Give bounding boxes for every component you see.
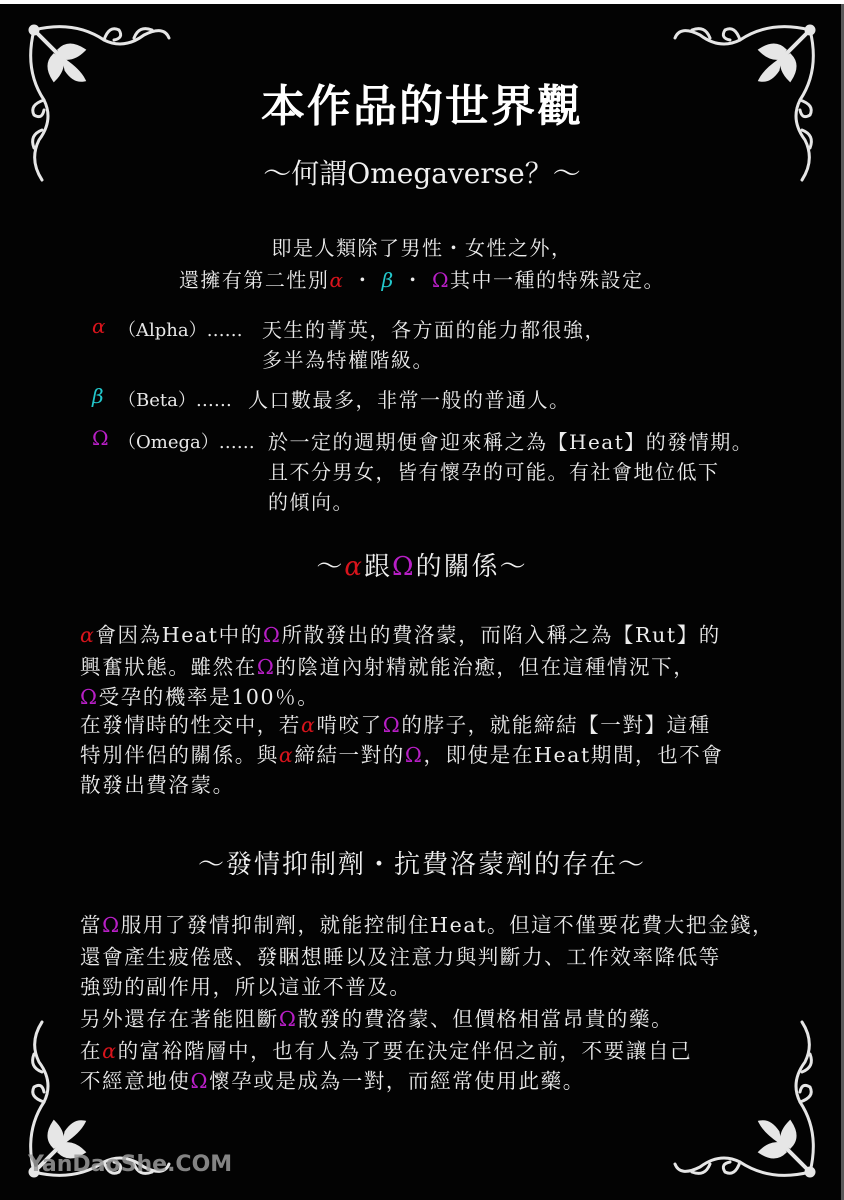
definition-text: 天生的菁英，各方面的能力都很強，: [262, 314, 606, 343]
omega-symbol: Ω: [257, 655, 276, 679]
alpha-symbol: α: [80, 623, 95, 647]
omega-symbol: Ω: [405, 743, 424, 767]
paragraph-line: α會因為Heat中的Ω所散發出的費洛蒙，而陷入稱之為【Rut】的: [80, 618, 721, 648]
text: 締結一對的: [294, 743, 405, 767]
alpha-symbol: α: [102, 1039, 117, 1063]
omega-symbol: Ω: [191, 1069, 210, 1093]
page-title: 本作品的世界觀: [0, 70, 844, 134]
text: 還會產生疲倦感、發睏想睡以及注意力與判斷力、工作效率降低等: [80, 945, 721, 969]
paragraph-line: 不經意地使Ω懷孕或是成為一對，而經常使用此藥。: [80, 1064, 585, 1094]
paragraph-line: 另外還存在著能阻斷Ω散發的費洛蒙、但價格相當昂貴的藥。: [80, 1002, 673, 1032]
text: 的富裕階層中，也有人為了要在決定伴侶之前，不要讓自己: [118, 1039, 693, 1063]
intro-line-1: 即是人類除了男性・女性之外，: [0, 232, 844, 261]
definition-text: 多半為特權階級。: [262, 344, 434, 373]
beta-symbol: β: [92, 384, 104, 408]
paragraph-line: 強勁的副作用，所以這並不普及。: [80, 970, 412, 1000]
alpha-symbol: α: [279, 743, 294, 767]
text: 在發情時的性交中，若: [80, 713, 301, 737]
text: 懷孕或是成為一對，而經常使用此藥。: [209, 1069, 585, 1093]
omega-symbol: Ω: [102, 913, 121, 937]
definition-name: （Beta）……: [118, 386, 232, 412]
definition-name: （Alpha）……: [118, 316, 243, 342]
text: 的陰道內射精就能治癒，但在這種情況下，: [275, 655, 695, 679]
corner-ornament-bottom-right-icon: [670, 1012, 830, 1192]
text: 強勁的副作用，所以這並不普及。: [80, 975, 412, 999]
intro-line-2-post: 其中一種的特殊設定。: [450, 268, 665, 292]
definition-text: 且不分男女，皆有懷孕的可能。有社會地位低下: [268, 456, 720, 485]
text: 散發出費洛蒙。: [80, 773, 235, 797]
paragraph-line: 散發出費洛蒙。: [80, 768, 235, 798]
heading-tilde: ～: [316, 552, 344, 582]
intro-line-2: 還擁有第二性別α ・ β ・ Ω其中一種的特殊設定。: [0, 264, 844, 293]
text: ，即使是在Heat期間，也不會: [423, 743, 723, 767]
text: 啃咬了: [316, 713, 382, 737]
text: 當: [80, 913, 102, 937]
alpha-symbol: α: [92, 314, 106, 338]
page-subtitle: ～何謂Omegaverse？～: [0, 152, 844, 192]
heading-text: 的關係～: [416, 552, 528, 582]
text: 在: [80, 1039, 102, 1063]
paragraph-line: 當Ω服用了發情抑制劑，就能控制住Heat。但這不僅要花費大把金錢，: [80, 908, 774, 938]
heading-text: 跟: [364, 552, 392, 582]
alpha-symbol: α: [329, 268, 344, 292]
paragraph-line: 在α的富裕階層中，也有人為了要在決定伴侶之前，不要讓自己: [80, 1034, 692, 1064]
omega-symbol: Ω: [392, 552, 416, 582]
text: 的脖子，就能締結【一對】這種: [401, 713, 710, 737]
paragraph-line: 在發情時的性交中，若α啃咬了Ω的脖子，就能締結【一對】這種: [80, 708, 711, 738]
text: 散發的費洛蒙、但價格相當昂貴的藥。: [298, 1007, 674, 1031]
definition-text: 人口數最多，非常一般的普通人。: [248, 384, 571, 413]
paragraph-line: Ω受孕的機率是100％。: [80, 680, 319, 710]
alpha-symbol: α: [344, 552, 364, 582]
text: 受孕的機率是100％。: [99, 685, 320, 709]
paragraph-line: 興奮狀態。雖然在Ω的陰道內射精就能治癒，但在這種情況下，: [80, 650, 695, 680]
omega-symbol: Ω: [80, 685, 99, 709]
text: 特別伴侶的關係。與: [80, 743, 279, 767]
definition-text: 於一定的週期便會迎來稱之為【Heat】的發情期。: [268, 426, 753, 455]
text: 不經意地使: [80, 1069, 191, 1093]
text: 另外還存在著能阻斷: [80, 1007, 279, 1031]
omega-symbol: Ω: [279, 1007, 298, 1031]
definition-text: 的傾向。: [268, 486, 354, 515]
text: 服用了發情抑制劑，就能控制住Heat。但這不僅要花費大把金錢，: [121, 913, 775, 937]
separator: ・: [352, 268, 374, 292]
section-heading-suppressants: ～發情抑制劑・抗費洛蒙劑的存在～: [0, 844, 844, 881]
text: 會因為Heat中的: [95, 623, 262, 647]
text: 興奮狀態。雖然在: [80, 655, 257, 679]
text: 所散發出的費洛蒙，而陷入稱之為【Rut】的: [281, 623, 720, 647]
alpha-symbol: α: [301, 713, 316, 737]
watermark: YanDaoShe.COM: [28, 1152, 232, 1177]
paragraph-line: 特別伴侶的關係。與α締結一對的Ω，即使是在Heat期間，也不會: [80, 738, 723, 768]
definition-name: （Omega）……: [118, 428, 255, 454]
paragraph-line: 還會產生疲倦感、發睏想睡以及注意力與判斷力、工作效率降低等: [80, 940, 721, 970]
omega-symbol: Ω: [383, 713, 402, 737]
omega-symbol: Ω: [263, 623, 282, 647]
beta-symbol: β: [382, 268, 395, 292]
omega-symbol: Ω: [92, 426, 109, 450]
section-heading-alpha-omega-relationship: ～α跟Ω的關係～: [0, 546, 844, 583]
separator: ・: [403, 268, 425, 292]
omega-symbol: Ω: [432, 268, 450, 292]
intro-line-2-pre: 還擁有第二性別: [179, 268, 330, 292]
